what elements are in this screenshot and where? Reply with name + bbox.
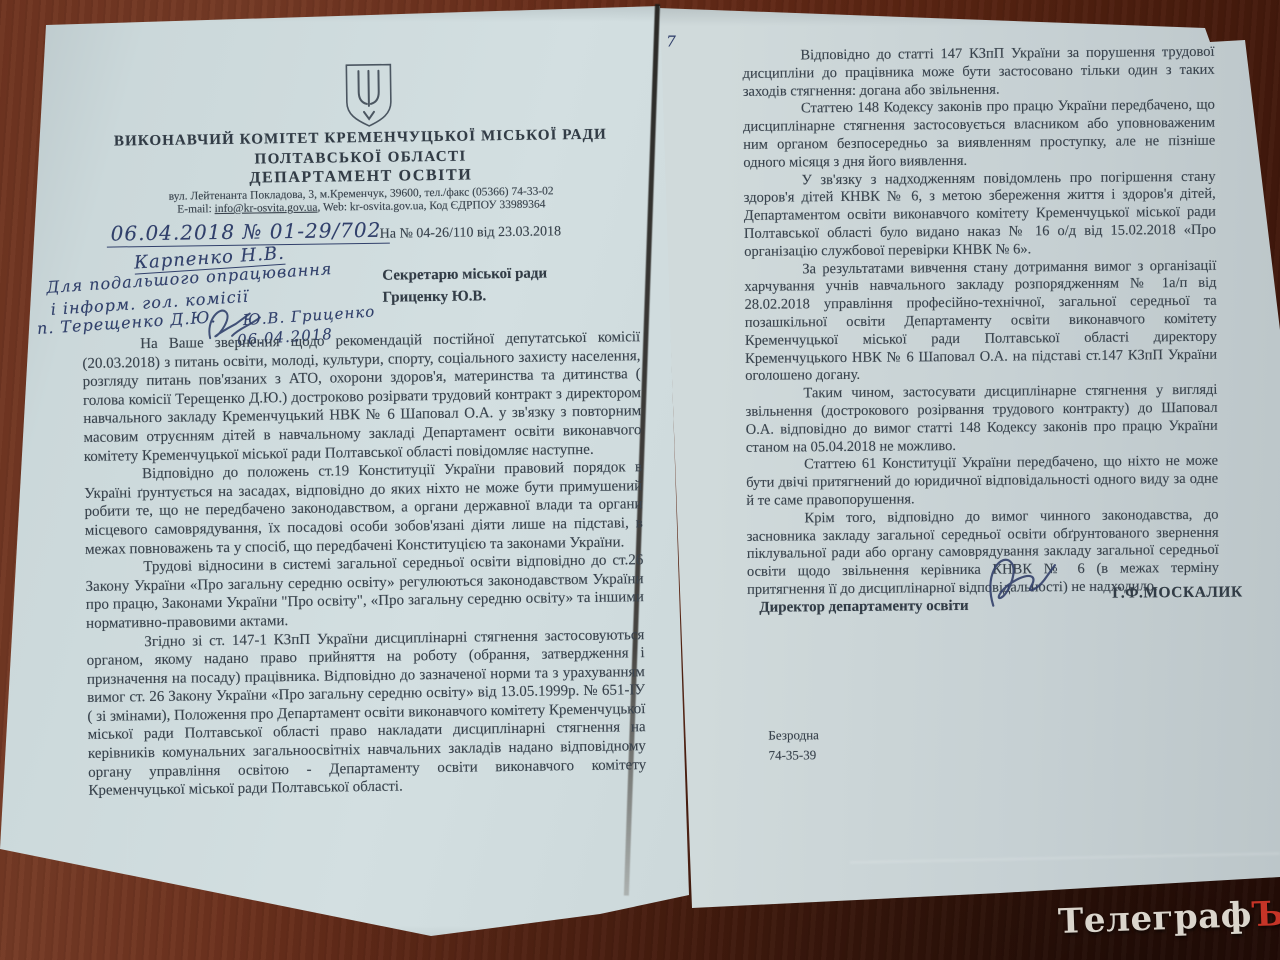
- signature-title: Директор департаменту освіти: [759, 598, 968, 617]
- body-paragraph: Статтею 61 Конституції України передбаче…: [746, 453, 1218, 511]
- contacts-suffix: , Web: kr-osvita.gov.ua, Код ЄДРПОУ 3398…: [317, 198, 545, 213]
- body-paragraph: На Ваше звернення щодо рекомендацій пост…: [82, 328, 642, 466]
- body-paragraph: Трудові відносини в системі загальної се…: [85, 551, 644, 633]
- executor-phone: 74-35-39: [768, 745, 819, 765]
- incoming-ref: На № 04-26/110 від 23.03.2018: [380, 224, 562, 243]
- director-signature-autograph: [979, 547, 1060, 625]
- executor-block: Безродна 74-35-39: [768, 725, 819, 764]
- page2-body: Відповідно до статті 147 КЗпП України за…: [742, 44, 1219, 600]
- body-paragraph: Відповідно до положень ст.19 Конституції…: [84, 458, 643, 559]
- document-photo-scene: ВИКОНАВЧИЙ КОМІТЕТ КРЕМЕНЧУЦЬКОЇ МІСЬКОЇ…: [0, 0, 1280, 960]
- body-paragraph: У зв'язку з надходженням повідомлень про…: [743, 168, 1216, 261]
- page-number-mark: 7: [666, 32, 677, 50]
- body-paragraph: Статтею 148 Кодексу законів про працю Ук…: [743, 97, 1216, 172]
- contacts-prefix: E-mail:: [177, 203, 215, 216]
- body-paragraph: Згідно зі ст. 147-1 КЗпП України дисципл…: [86, 626, 646, 801]
- signature-name: Г.Ф.МОСКАЛИК: [1112, 584, 1243, 603]
- trident-emblem-icon: [340, 62, 397, 136]
- page1-content: ВИКОНАВЧИЙ КОМІТЕТ КРЕМЕНЧУЦЬКОЇ МІСЬКОЇ…: [40, 6, 665, 954]
- email-link: info@kr-osvita.gov.ua: [215, 202, 318, 215]
- body-paragraph: Відповідно до статті 147 КЗпП України за…: [742, 44, 1214, 102]
- outgoing-ref-handwritten: 06.04.2018 № 01-29/702: [107, 218, 390, 248]
- executor-name: Безродна: [768, 725, 819, 745]
- watermark-logo: ТелеграфЪ: [1057, 894, 1280, 942]
- body-paragraph: Таким чином, застосувати дисциплінарне с…: [745, 382, 1218, 457]
- addressee-name: Гриценку Ю.В.: [382, 288, 486, 306]
- watermark-text: Телеграф: [1057, 895, 1252, 942]
- addressee-title: Секретарю міської ради: [382, 265, 547, 284]
- watermark-accent: Ъ: [1251, 894, 1280, 935]
- page1-body: На Ваше звернення щодо рекомендацій пост…: [82, 328, 646, 801]
- page2-content: 7 Відповідно до статті 147 КЗпП України …: [652, 0, 1280, 960]
- body-paragraph: За результатами вивчення стану дотриманн…: [744, 257, 1217, 386]
